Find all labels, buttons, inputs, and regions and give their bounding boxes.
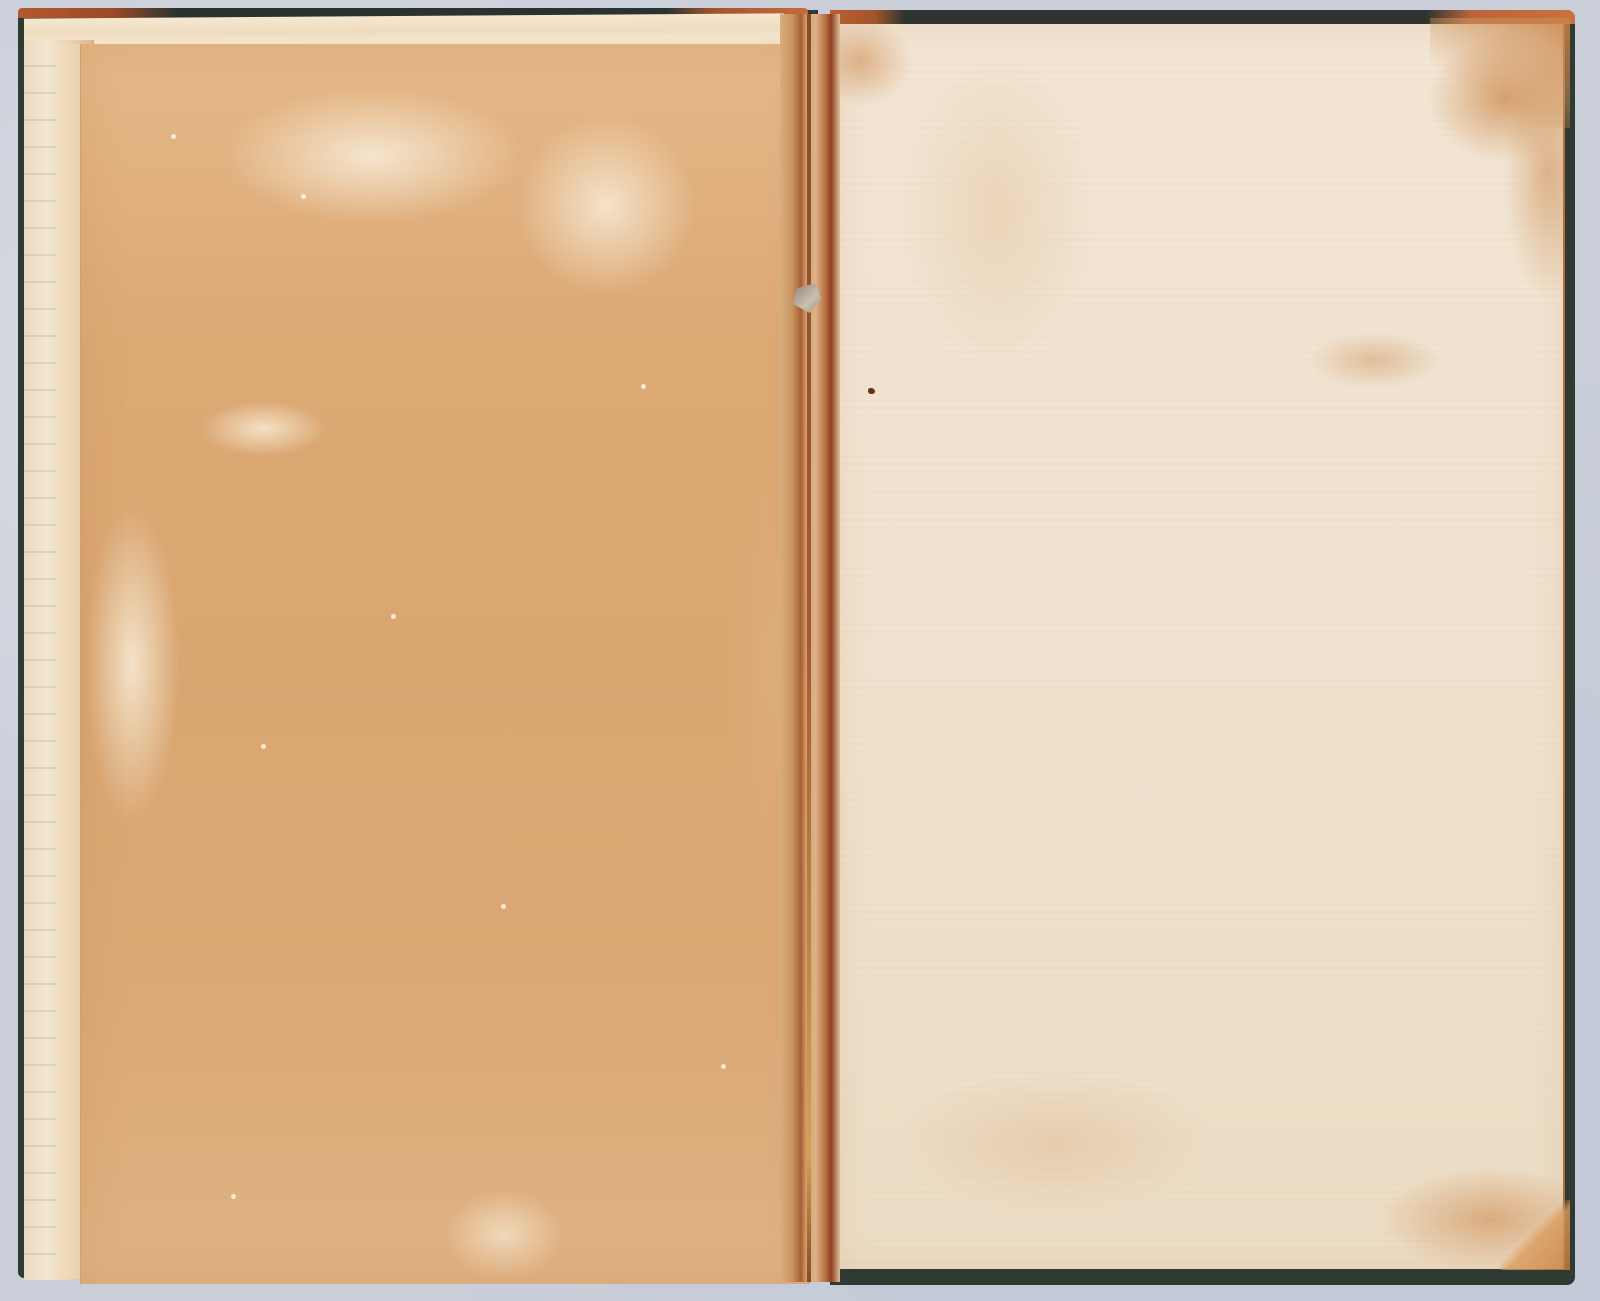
paper-speckle	[231, 1194, 236, 1199]
top-right-corner-stain	[1430, 18, 1570, 128]
spine-crease	[807, 14, 811, 1282]
left-stained-page	[80, 44, 810, 1284]
paper-speckle	[391, 614, 396, 619]
paper-speckle	[171, 134, 176, 139]
paper-speckle	[261, 744, 266, 749]
paper-speckle	[301, 194, 306, 199]
paper-speckle	[501, 904, 506, 909]
open-book-photo: Photograph of an open antique book showi…	[0, 0, 1600, 1301]
paper-speckle	[721, 1064, 726, 1069]
right-pastedown-page	[835, 24, 1565, 1269]
paper-speckle	[641, 384, 646, 389]
ink-spot	[868, 388, 875, 394]
bottom-right-corner-stain	[1500, 1200, 1570, 1270]
